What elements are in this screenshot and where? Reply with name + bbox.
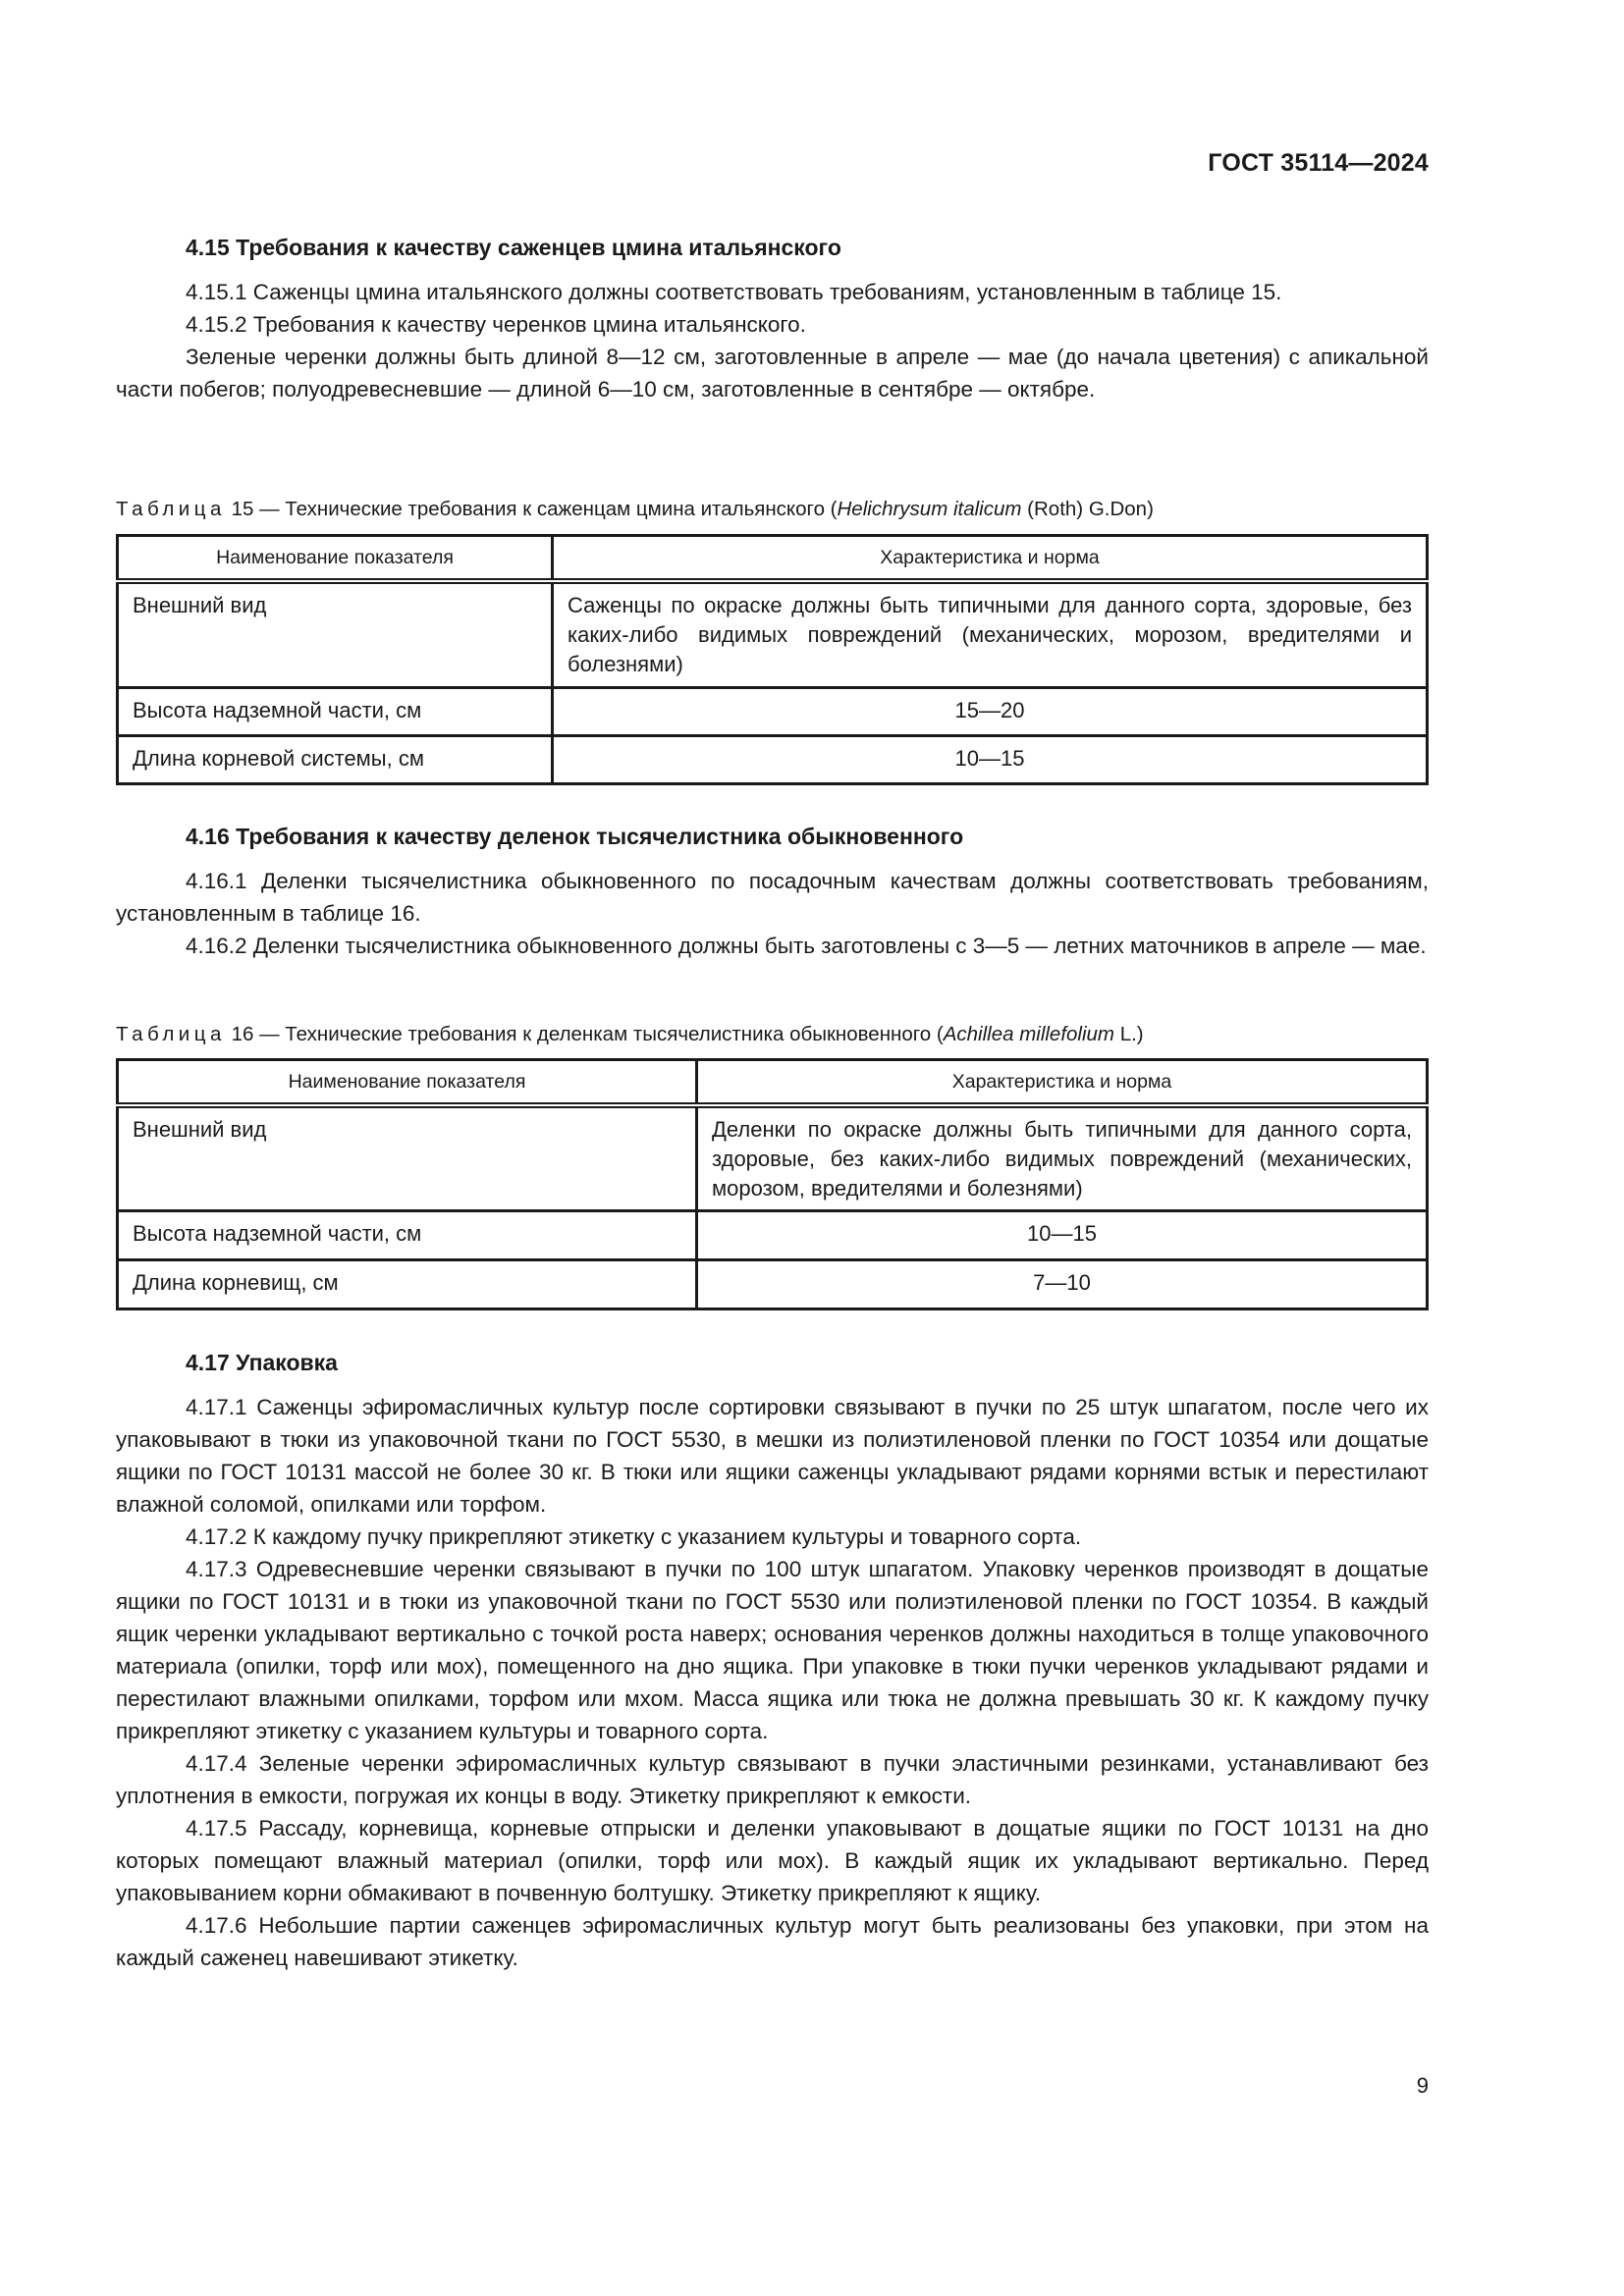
page-number: 9 bbox=[1417, 2073, 1429, 2099]
paragraph: 4.17.3 Одревесневшие черенки связывают в… bbox=[116, 1553, 1429, 1747]
caption-latin-name: Achillea millefolium bbox=[944, 1023, 1114, 1045]
section-heading: 4.16 Требования к качеству деленок тысяч… bbox=[116, 821, 1429, 853]
section-4-15: 4.15 Требования к качеству саженцев цмин… bbox=[116, 232, 1429, 405]
table-16-caption: Таблица 16 — Технические требования к де… bbox=[116, 1021, 1429, 1048]
paragraph: 4.16.1 Деленки тысячелистника обыкновенн… bbox=[116, 865, 1429, 930]
caption-tail: L.) bbox=[1114, 1023, 1144, 1045]
caption-number: 16 bbox=[232, 1023, 254, 1045]
table-row: Длина корневищ, см 7—10 bbox=[118, 1260, 1428, 1309]
row-value: Деленки по окраске должны быть типичными… bbox=[698, 1108, 1426, 1209]
row-name: Внешний вид bbox=[119, 1108, 695, 1150]
table-15: Наименование показателя Характеристика и… bbox=[116, 534, 1429, 785]
table-row: Внешний вид Деленки по окраске должны бы… bbox=[118, 1105, 1428, 1211]
caption-latin-name: Helichrysum italicum bbox=[838, 498, 1022, 520]
table-row: Высота надземной части, см 15—20 bbox=[118, 687, 1428, 735]
paragraph: 4.17.1 Саженцы эфиромасличных культур по… bbox=[116, 1391, 1429, 1521]
paragraph: 4.16.2 Деленки тысячелистника обыкновенн… bbox=[116, 930, 1429, 962]
caption-label: Таблица bbox=[116, 1023, 226, 1045]
table-row: Высота надземной части, см 10—15 bbox=[118, 1211, 1428, 1260]
paragraph: 4.17.2 К каждому пучку прикрепляют этике… bbox=[116, 1521, 1429, 1553]
column-header: Характеристика и норма bbox=[553, 536, 1428, 582]
row-name: Высота надземной части, см bbox=[119, 689, 551, 731]
section-heading: 4.17 Упаковка bbox=[116, 1347, 1429, 1379]
row-value: 7—10 bbox=[698, 1261, 1426, 1304]
row-value: Саженцы по окраске должны быть типичными… bbox=[554, 584, 1426, 685]
paragraph: 4.17.5 Рассаду, корневища, корневые отпр… bbox=[116, 1812, 1429, 1909]
section-heading: 4.15 Требования к качеству саженцев цмин… bbox=[116, 232, 1429, 264]
column-header: Наименование показателя bbox=[118, 536, 553, 582]
section-4-16: 4.16 Требования к качеству деленок тысяч… bbox=[116, 821, 1429, 962]
paragraph: 4.15.2 Требования к качеству черенков цм… bbox=[116, 308, 1429, 341]
column-header: Характеристика и норма bbox=[697, 1060, 1428, 1106]
row-name: Внешний вид bbox=[119, 584, 551, 626]
table-row: Длина корневой системы, см 10—15 bbox=[118, 735, 1428, 783]
paragraph: Зеленые черенки должны быть длиной 8—12 … bbox=[116, 341, 1429, 405]
caption-text: — Технические требования к деленкам тыся… bbox=[253, 1023, 943, 1045]
row-value: 15—20 bbox=[554, 689, 1426, 731]
section-4-17: 4.17 Упаковка 4.17.1 Саженцы эфиромаслич… bbox=[116, 1347, 1429, 1974]
paragraph: 4.15.1 Саженцы цмина итальянского должны… bbox=[116, 276, 1429, 308]
caption-number: 15 bbox=[232, 498, 254, 520]
row-value: 10—15 bbox=[698, 1212, 1426, 1255]
paragraph: 4.17.4 Зеленые черенки эфиромасличных ку… bbox=[116, 1747, 1429, 1812]
table-row: Внешний вид Саженцы по окраске должны бы… bbox=[118, 581, 1428, 687]
column-header: Наименование показателя bbox=[118, 1060, 697, 1106]
document-code: ГОСТ 35114—2024 bbox=[1208, 149, 1429, 178]
paragraph: 4.17.6 Небольшие партии саженцев эфирома… bbox=[116, 1909, 1429, 1974]
table-16: Наименование показателя Характеристика и… bbox=[116, 1058, 1429, 1310]
caption-tail: (Roth) G.Don) bbox=[1021, 498, 1153, 520]
row-value: 10—15 bbox=[554, 737, 1426, 779]
row-name: Длина корневищ, см bbox=[119, 1261, 695, 1304]
caption-text: — Технические требования к саженцам цмин… bbox=[253, 498, 837, 520]
row-name: Длина корневой системы, см bbox=[119, 737, 551, 779]
table-15-caption: Таблица 15 — Технические требования к са… bbox=[116, 496, 1429, 523]
caption-label: Таблица bbox=[116, 498, 226, 520]
row-name: Высота надземной части, см bbox=[119, 1212, 695, 1255]
